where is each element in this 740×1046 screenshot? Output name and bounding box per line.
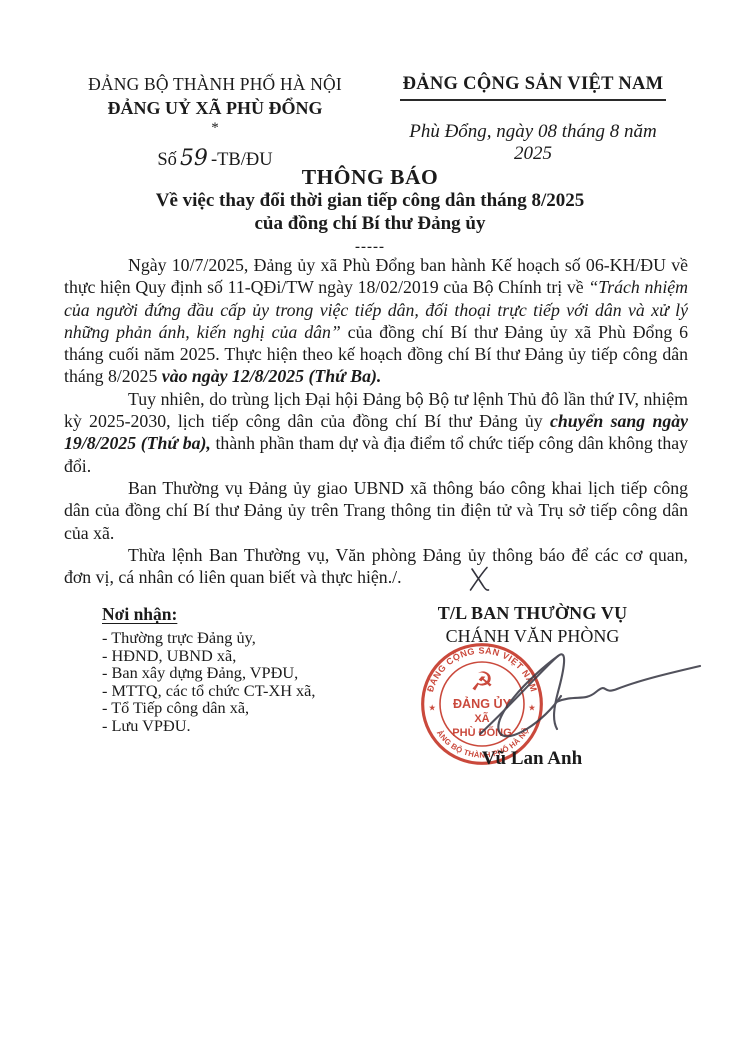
recipient-item: - Tổ Tiếp công dân xã, xyxy=(102,699,382,717)
national-motto: ĐẢNG CỘNG SẢN VIỆT NAM xyxy=(400,74,667,101)
recipient-item: - Thường trực Đảng ủy, xyxy=(102,629,382,647)
title-block: THÔNG BÁO Về việc thay đổi thời gian tiế… xyxy=(60,166,680,259)
document-page: ĐẢNG BỘ THÀNH PHỐ HÀ NỘI ĐẢNG UỶ XÃ PHÙ … xyxy=(0,0,740,1046)
notice-subject-line2: của đồng chí Bí thư Đảng ủy xyxy=(60,212,680,235)
date-line: Phù Đổng, ngày 08 tháng 8 năm 2025 xyxy=(388,121,678,165)
recipient-item: - Lưu VPĐU. xyxy=(102,717,382,735)
recipient-item: - HĐND, UBND xã, xyxy=(102,647,382,665)
recipient-item: - Ban xây dựng Đảng, VPĐU, xyxy=(102,664,382,682)
org-parent: ĐẢNG BỘ THÀNH PHỐ HÀ NỘI xyxy=(60,74,370,96)
recipients-title: Nơi nhận: xyxy=(102,604,382,625)
org-name: ĐẢNG UỶ XÃ PHÙ ĐỔNG xyxy=(60,97,370,120)
body-paragraph-3: Ban Thường vụ Đảng ủy giao UBND xã thông… xyxy=(64,477,688,544)
signing-authority: T/L BAN THƯỜNG VỤ xyxy=(390,603,675,624)
notice-kind: THÔNG BÁO xyxy=(60,166,680,189)
stamp-star-left-icon: ★ xyxy=(428,703,436,712)
handwritten-signature xyxy=(452,634,708,746)
star-separator: * xyxy=(60,119,370,138)
recipients-block: Nơi nhận: - Thường trực Đảng ủy, - HĐND,… xyxy=(102,604,382,735)
body-block: Ngày 10/7/2025, Đảng ủy xã Phù Đổng ban … xyxy=(64,254,688,597)
body-paragraph-2: Tuy nhiên, do trùng lịch Đại hội Đảng bộ… xyxy=(64,388,688,477)
header-left-block: ĐẢNG BỘ THÀNH PHỐ HÀ NỘI ĐẢNG UỶ XÃ PHÙ … xyxy=(60,74,370,173)
body-paragraph-4: Thừa lệnh Ban Thường vụ, Văn phòng Đảng … xyxy=(64,544,688,598)
p4-text: Thừa lệnh Ban Thường vụ, Văn phòng Đảng … xyxy=(64,545,688,587)
pen-flourish-mark xyxy=(404,566,490,597)
body-paragraph-1: Ngày 10/7/2025, Đảng ủy xã Phù Đổng ban … xyxy=(64,254,688,388)
recipient-item: - MTTQ, các tổ chức CT-XH xã, xyxy=(102,682,382,700)
signer-name: Vũ Lan Anh xyxy=(442,748,622,770)
header-right-block: ĐẢNG CỘNG SẢN VIỆT NAM Phù Đổng, ngày 08… xyxy=(388,74,678,165)
notice-subject-line1: Về việc thay đổi thời gian tiếp công dân… xyxy=(60,189,680,212)
p3-text: Ban Thường vụ Đảng ủy giao UBND xã thông… xyxy=(64,478,688,543)
p1-date-emphasis: vào ngày 12/8/2025 (Thứ Ba). xyxy=(162,366,382,386)
